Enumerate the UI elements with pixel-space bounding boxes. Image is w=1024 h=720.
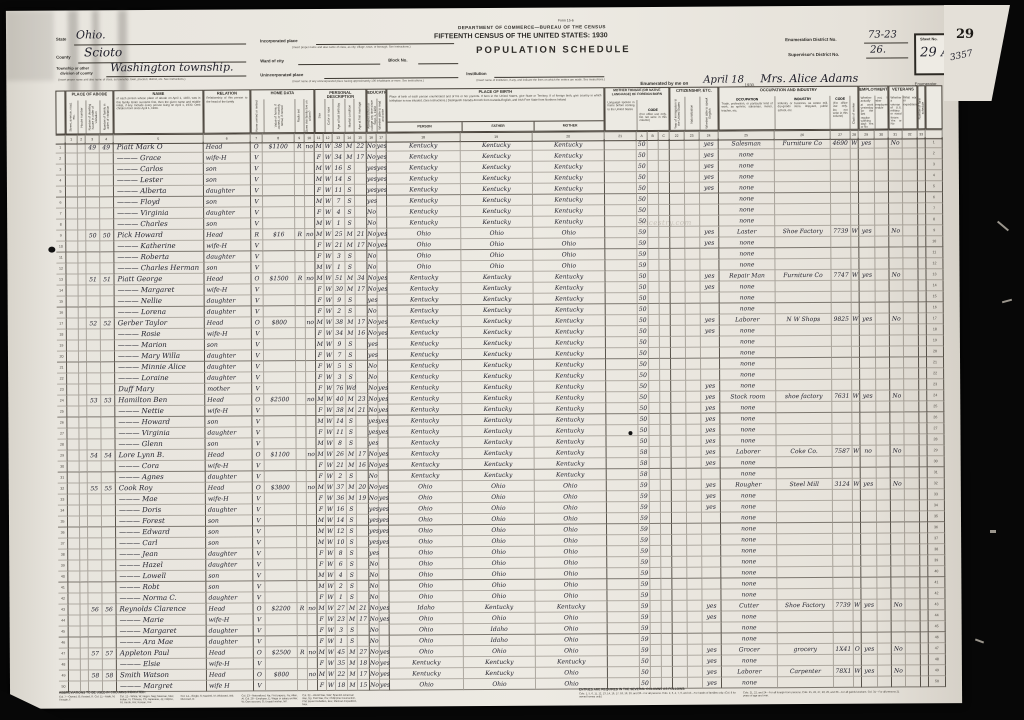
language-note-text: Language spoken in home before coming to…	[605, 100, 636, 112]
cell: No	[368, 372, 378, 383]
cell	[919, 346, 927, 357]
cell	[660, 337, 671, 348]
cell: 2	[56, 154, 66, 165]
cell: V	[252, 328, 264, 339]
cell: yes	[377, 174, 387, 185]
cell	[377, 262, 387, 273]
cell: Ohio	[463, 536, 535, 547]
cell	[66, 219, 78, 230]
cell: 17	[927, 313, 944, 324]
cell: No	[367, 273, 377, 284]
cell: 14	[335, 515, 347, 526]
cell	[918, 181, 926, 192]
cell	[671, 381, 686, 392]
cell: yes	[703, 645, 722, 656]
column-group-home-data: HOME DATAHome owned or rentedValue of ho…	[250, 89, 314, 133]
cell	[702, 546, 721, 557]
cell: 1X41	[834, 644, 854, 655]
column-label: Street, avenue, road, etc.	[69, 101, 76, 133]
cell	[68, 538, 80, 549]
cell: R	[298, 647, 308, 658]
cell	[903, 225, 918, 236]
cell	[89, 637, 103, 648]
cell	[648, 249, 659, 260]
cell: M	[346, 405, 356, 416]
cell	[649, 348, 660, 359]
cell	[67, 351, 79, 362]
cell: ——— Lorena	[115, 307, 205, 319]
occ-subcol: Class of worker	[850, 96, 858, 130]
cell	[905, 544, 920, 555]
column-label: Color or race	[327, 107, 330, 125]
cell: Kentucky	[462, 404, 534, 415]
cell: 9	[334, 295, 346, 306]
cell: yes	[700, 161, 719, 172]
cell	[66, 241, 78, 252]
cell: 6	[926, 192, 943, 203]
cell: W	[326, 548, 335, 559]
cell	[852, 325, 860, 336]
cell	[100, 208, 114, 219]
cell	[68, 516, 80, 527]
cell	[661, 601, 672, 612]
incorporated-note: (Insert proper name and also name of cla…	[292, 45, 462, 49]
cell	[101, 329, 115, 340]
cell: ——— Ara Mae	[117, 637, 207, 649]
cell	[859, 193, 875, 204]
cell: Smith Watson	[117, 670, 207, 682]
cell	[101, 428, 115, 439]
cell: M	[317, 570, 326, 581]
cell: 59	[640, 645, 651, 656]
cell: yes	[703, 656, 722, 667]
cell: Kentucky	[535, 458, 607, 469]
label-cell: Value of home, if owned, or monthly rent…	[263, 99, 294, 133]
cell: mother	[205, 383, 252, 394]
cell: No	[892, 643, 906, 654]
cell	[264, 328, 296, 339]
cell	[670, 194, 685, 205]
cell: 46	[929, 632, 946, 643]
cell	[649, 392, 660, 403]
cell	[80, 538, 88, 549]
cell: yes	[378, 328, 388, 339]
cell	[685, 150, 700, 161]
cell: 7	[926, 203, 943, 214]
cell	[702, 524, 721, 535]
cell	[297, 482, 307, 493]
cell	[918, 247, 926, 258]
cell	[356, 427, 368, 438]
cell: 8	[926, 214, 943, 225]
cell	[892, 621, 906, 632]
cell	[903, 192, 918, 203]
cell	[606, 392, 638, 403]
column-label: Whether able to speak English	[706, 98, 713, 130]
cell	[701, 348, 720, 359]
cell	[81, 615, 89, 626]
cell: 2	[334, 306, 346, 317]
abbrev-column: Col. 23—Naturalized, Na; First papers, P…	[241, 694, 298, 707]
cell: 34	[58, 506, 68, 517]
cell: W	[324, 262, 333, 273]
cell: 45	[929, 621, 946, 632]
cell: 8	[335, 548, 347, 559]
county-label: County	[56, 55, 70, 60]
cell: Kentucky	[533, 150, 605, 161]
cell	[296, 405, 306, 416]
cell: 50	[637, 205, 648, 216]
cell	[877, 457, 891, 468]
cell: 22	[336, 669, 348, 680]
cell	[687, 579, 702, 590]
cell: V	[251, 218, 263, 229]
column-label: Number of family in order of visitation	[103, 101, 110, 133]
cell	[672, 601, 687, 612]
cell: Kentucky	[535, 601, 607, 612]
cell: V	[253, 471, 265, 482]
cell: ——— Agnes	[116, 472, 206, 484]
cell	[853, 490, 861, 501]
cell	[775, 237, 831, 248]
cell	[606, 414, 638, 425]
cell: 50	[637, 194, 648, 205]
cell	[700, 205, 719, 216]
cell	[87, 428, 101, 439]
cell	[702, 469, 721, 480]
cell: No	[370, 669, 380, 680]
cell	[921, 654, 929, 665]
cell	[263, 207, 295, 218]
cell	[81, 637, 89, 648]
cell: 59	[639, 524, 650, 535]
cell: 1	[333, 218, 345, 229]
cell	[78, 274, 86, 285]
cell	[101, 417, 115, 428]
cell: V	[251, 262, 263, 273]
scan-scratch	[990, 530, 996, 533]
cell	[686, 348, 701, 359]
cell	[68, 483, 80, 494]
cell: 2	[926, 148, 943, 159]
cell: daughter	[207, 636, 254, 647]
cell: Piatt Mark O	[114, 142, 204, 154]
cell: 17	[357, 449, 369, 460]
label-cell: Number of dwelling house in order of vis…	[86, 100, 100, 134]
cell	[834, 611, 854, 622]
cell: Kentucky	[533, 205, 605, 216]
cell: Kentucky	[462, 283, 534, 294]
cell	[357, 526, 369, 537]
cell	[889, 192, 903, 203]
cell	[686, 414, 701, 425]
cell	[670, 227, 685, 238]
cell: W	[852, 314, 860, 325]
cell: Kentucky	[390, 668, 464, 679]
cell: none	[720, 336, 776, 347]
cell: W	[324, 185, 333, 196]
cell: 9	[56, 231, 66, 242]
cell: S	[347, 592, 357, 603]
cell: 42	[928, 588, 945, 599]
cell	[860, 424, 876, 435]
cell: ——— Katherine	[114, 241, 204, 253]
column-group-education: EDUCATIONAttended school or college any …	[366, 89, 386, 133]
sheet-label: Sheet No.	[920, 37, 938, 41]
cell: M	[315, 196, 324, 207]
cell	[78, 219, 86, 230]
cell	[87, 329, 101, 340]
cell: S	[346, 350, 356, 361]
cell: daughter	[205, 361, 252, 372]
cell	[891, 467, 905, 478]
cell: Kentucky	[462, 437, 534, 448]
cell	[265, 471, 297, 482]
cell: 18	[927, 324, 944, 335]
cell	[87, 406, 101, 417]
cell: ——— Alberta	[114, 186, 204, 198]
cell: 50	[638, 370, 649, 381]
cell	[606, 282, 638, 293]
cell	[876, 435, 890, 446]
cell: Kentucky	[534, 392, 606, 403]
cell: F	[316, 306, 325, 317]
label-cell: Age at first marriage	[354, 99, 366, 133]
cell	[831, 237, 851, 248]
cell: No	[368, 317, 378, 328]
cell	[305, 207, 315, 218]
cell: F	[316, 383, 325, 394]
column-group-citizenship-etc-: CITIZENSHIP, ETC.Year of immigration to …	[669, 87, 718, 131]
cell	[671, 315, 686, 326]
cell: 8	[334, 438, 346, 449]
cell: ——— Grace	[114, 153, 204, 165]
cell: 48	[59, 660, 69, 671]
cell	[904, 412, 919, 423]
cell: yes	[377, 152, 387, 163]
cell	[307, 504, 317, 515]
cell: S	[346, 427, 356, 438]
cell	[905, 500, 920, 511]
cell	[861, 490, 877, 501]
cell: 15	[57, 297, 67, 308]
cell	[853, 523, 861, 534]
cell: 18	[358, 658, 370, 669]
cell	[831, 248, 851, 259]
enumeration-date: April 18	[703, 74, 744, 85]
cell	[100, 197, 114, 208]
cell	[919, 401, 927, 412]
cell	[877, 578, 891, 589]
cell: 7	[56, 209, 66, 220]
cell	[607, 590, 639, 601]
abbrev-column: Col. 12—White, W; Negro, Neg; Mexican, M…	[120, 695, 177, 708]
cell	[687, 568, 702, 579]
cell	[903, 236, 918, 247]
cell: 5	[56, 187, 66, 198]
cell	[296, 372, 306, 383]
cell	[777, 523, 833, 534]
cell: 35	[58, 517, 68, 528]
cell: 34	[333, 152, 345, 163]
cell	[685, 172, 700, 183]
cell	[670, 205, 685, 216]
cell	[380, 625, 390, 636]
cell: F	[317, 460, 326, 471]
cell	[833, 457, 853, 468]
cell: yes	[377, 229, 387, 240]
cell	[649, 282, 660, 293]
cell: Ohio	[536, 634, 608, 645]
cell: V	[251, 185, 263, 196]
line-number-header	[925, 85, 942, 129]
cell: Hamilton Ben	[115, 395, 205, 407]
cell	[67, 439, 79, 450]
cell	[263, 251, 295, 262]
cell	[297, 548, 307, 559]
cell: 58	[639, 447, 650, 458]
cell	[685, 260, 700, 271]
cell: M	[346, 328, 356, 339]
cell	[878, 666, 892, 677]
cell: 20	[57, 352, 67, 363]
cell: 48	[929, 654, 946, 665]
cell	[851, 149, 859, 160]
cell: W	[325, 427, 334, 438]
cell: Ohio	[461, 261, 533, 272]
cell: Furniture Co	[775, 270, 831, 281]
cell	[102, 494, 116, 505]
cell	[649, 381, 660, 392]
cell: ——— Nellie	[115, 296, 205, 308]
cell	[66, 175, 78, 186]
cell	[100, 219, 114, 230]
cell: no	[308, 669, 318, 680]
cell	[921, 621, 929, 632]
cell	[101, 340, 115, 351]
column-group-place-of-birth: PLACE OF BIRTHPlace of birth of each per…	[386, 87, 604, 132]
cell	[672, 590, 687, 601]
column-label: Age at first marriage	[359, 102, 362, 130]
unincorporated-note: (Insert name of any unincorporated place…	[292, 79, 462, 83]
cell: 9825	[832, 314, 852, 325]
cell	[860, 336, 876, 347]
cell	[776, 303, 832, 314]
cell	[79, 329, 87, 340]
cell: F	[318, 614, 327, 625]
institution-note: (Insert name of institution, if any, and…	[476, 78, 636, 82]
unincorporated-label: Unincorporated place	[260, 72, 303, 77]
cell	[78, 164, 86, 175]
cell: daughter	[206, 471, 253, 482]
cell	[101, 351, 115, 362]
cell: $1100	[263, 141, 295, 152]
cell	[660, 282, 671, 293]
cell: yes	[703, 667, 722, 678]
cell: son	[204, 174, 251, 185]
cell	[903, 203, 918, 214]
cell	[650, 447, 661, 458]
cell	[918, 269, 926, 280]
cell	[891, 566, 905, 577]
cell: 26	[57, 418, 67, 429]
cell	[778, 611, 834, 622]
cell: 6	[56, 198, 66, 209]
cell: none	[720, 435, 776, 446]
cell: Ohio	[389, 591, 463, 602]
cell	[306, 339, 316, 350]
cell	[607, 513, 639, 524]
cell	[67, 318, 79, 329]
cell	[308, 636, 318, 647]
cell	[296, 427, 306, 438]
cell: Piatt George	[114, 274, 204, 286]
cell: 1	[336, 636, 348, 647]
scan-scratch	[1002, 299, 1012, 304]
cell: 21	[357, 603, 369, 614]
cell: Kentucky	[461, 206, 533, 217]
cell	[68, 582, 80, 593]
cell: yes	[862, 666, 878, 677]
cell: daughter	[206, 559, 253, 570]
cell	[102, 549, 116, 560]
cell: Ohio	[535, 513, 607, 524]
cell	[859, 182, 875, 193]
cell	[672, 458, 687, 469]
cell: No	[367, 207, 377, 218]
cell	[852, 380, 860, 391]
cell	[88, 560, 102, 571]
cell: S	[345, 262, 355, 273]
cell: wife-H	[204, 240, 251, 251]
cell	[890, 434, 904, 445]
cell: S	[348, 625, 358, 636]
cell: Head	[207, 647, 254, 658]
cell	[661, 579, 672, 590]
cell: no	[307, 482, 317, 493]
cell	[904, 434, 919, 445]
cell: son	[204, 196, 251, 207]
cell: yes	[369, 515, 379, 526]
cell: 31	[58, 473, 68, 484]
cell: Ohio	[533, 249, 605, 260]
cell: W	[326, 603, 335, 614]
cell: yes	[701, 425, 720, 436]
cell	[700, 194, 719, 205]
cell: 50	[638, 403, 649, 414]
cell: V	[253, 515, 265, 526]
cell	[69, 648, 81, 659]
cell	[671, 293, 686, 304]
cell	[295, 262, 305, 273]
cell	[659, 194, 670, 205]
cell: yes	[861, 600, 877, 611]
cell	[860, 303, 876, 314]
cell	[100, 186, 114, 197]
cell	[776, 435, 832, 446]
cell: 22	[57, 374, 67, 385]
cell: F	[315, 207, 324, 218]
cell	[649, 436, 660, 447]
cell	[701, 359, 720, 370]
cell: yes	[702, 601, 721, 612]
cell	[920, 577, 928, 588]
cell: no	[305, 229, 315, 240]
cell: W	[327, 658, 336, 669]
cell	[889, 236, 903, 247]
cell: 59	[637, 238, 648, 249]
cell	[851, 182, 859, 193]
